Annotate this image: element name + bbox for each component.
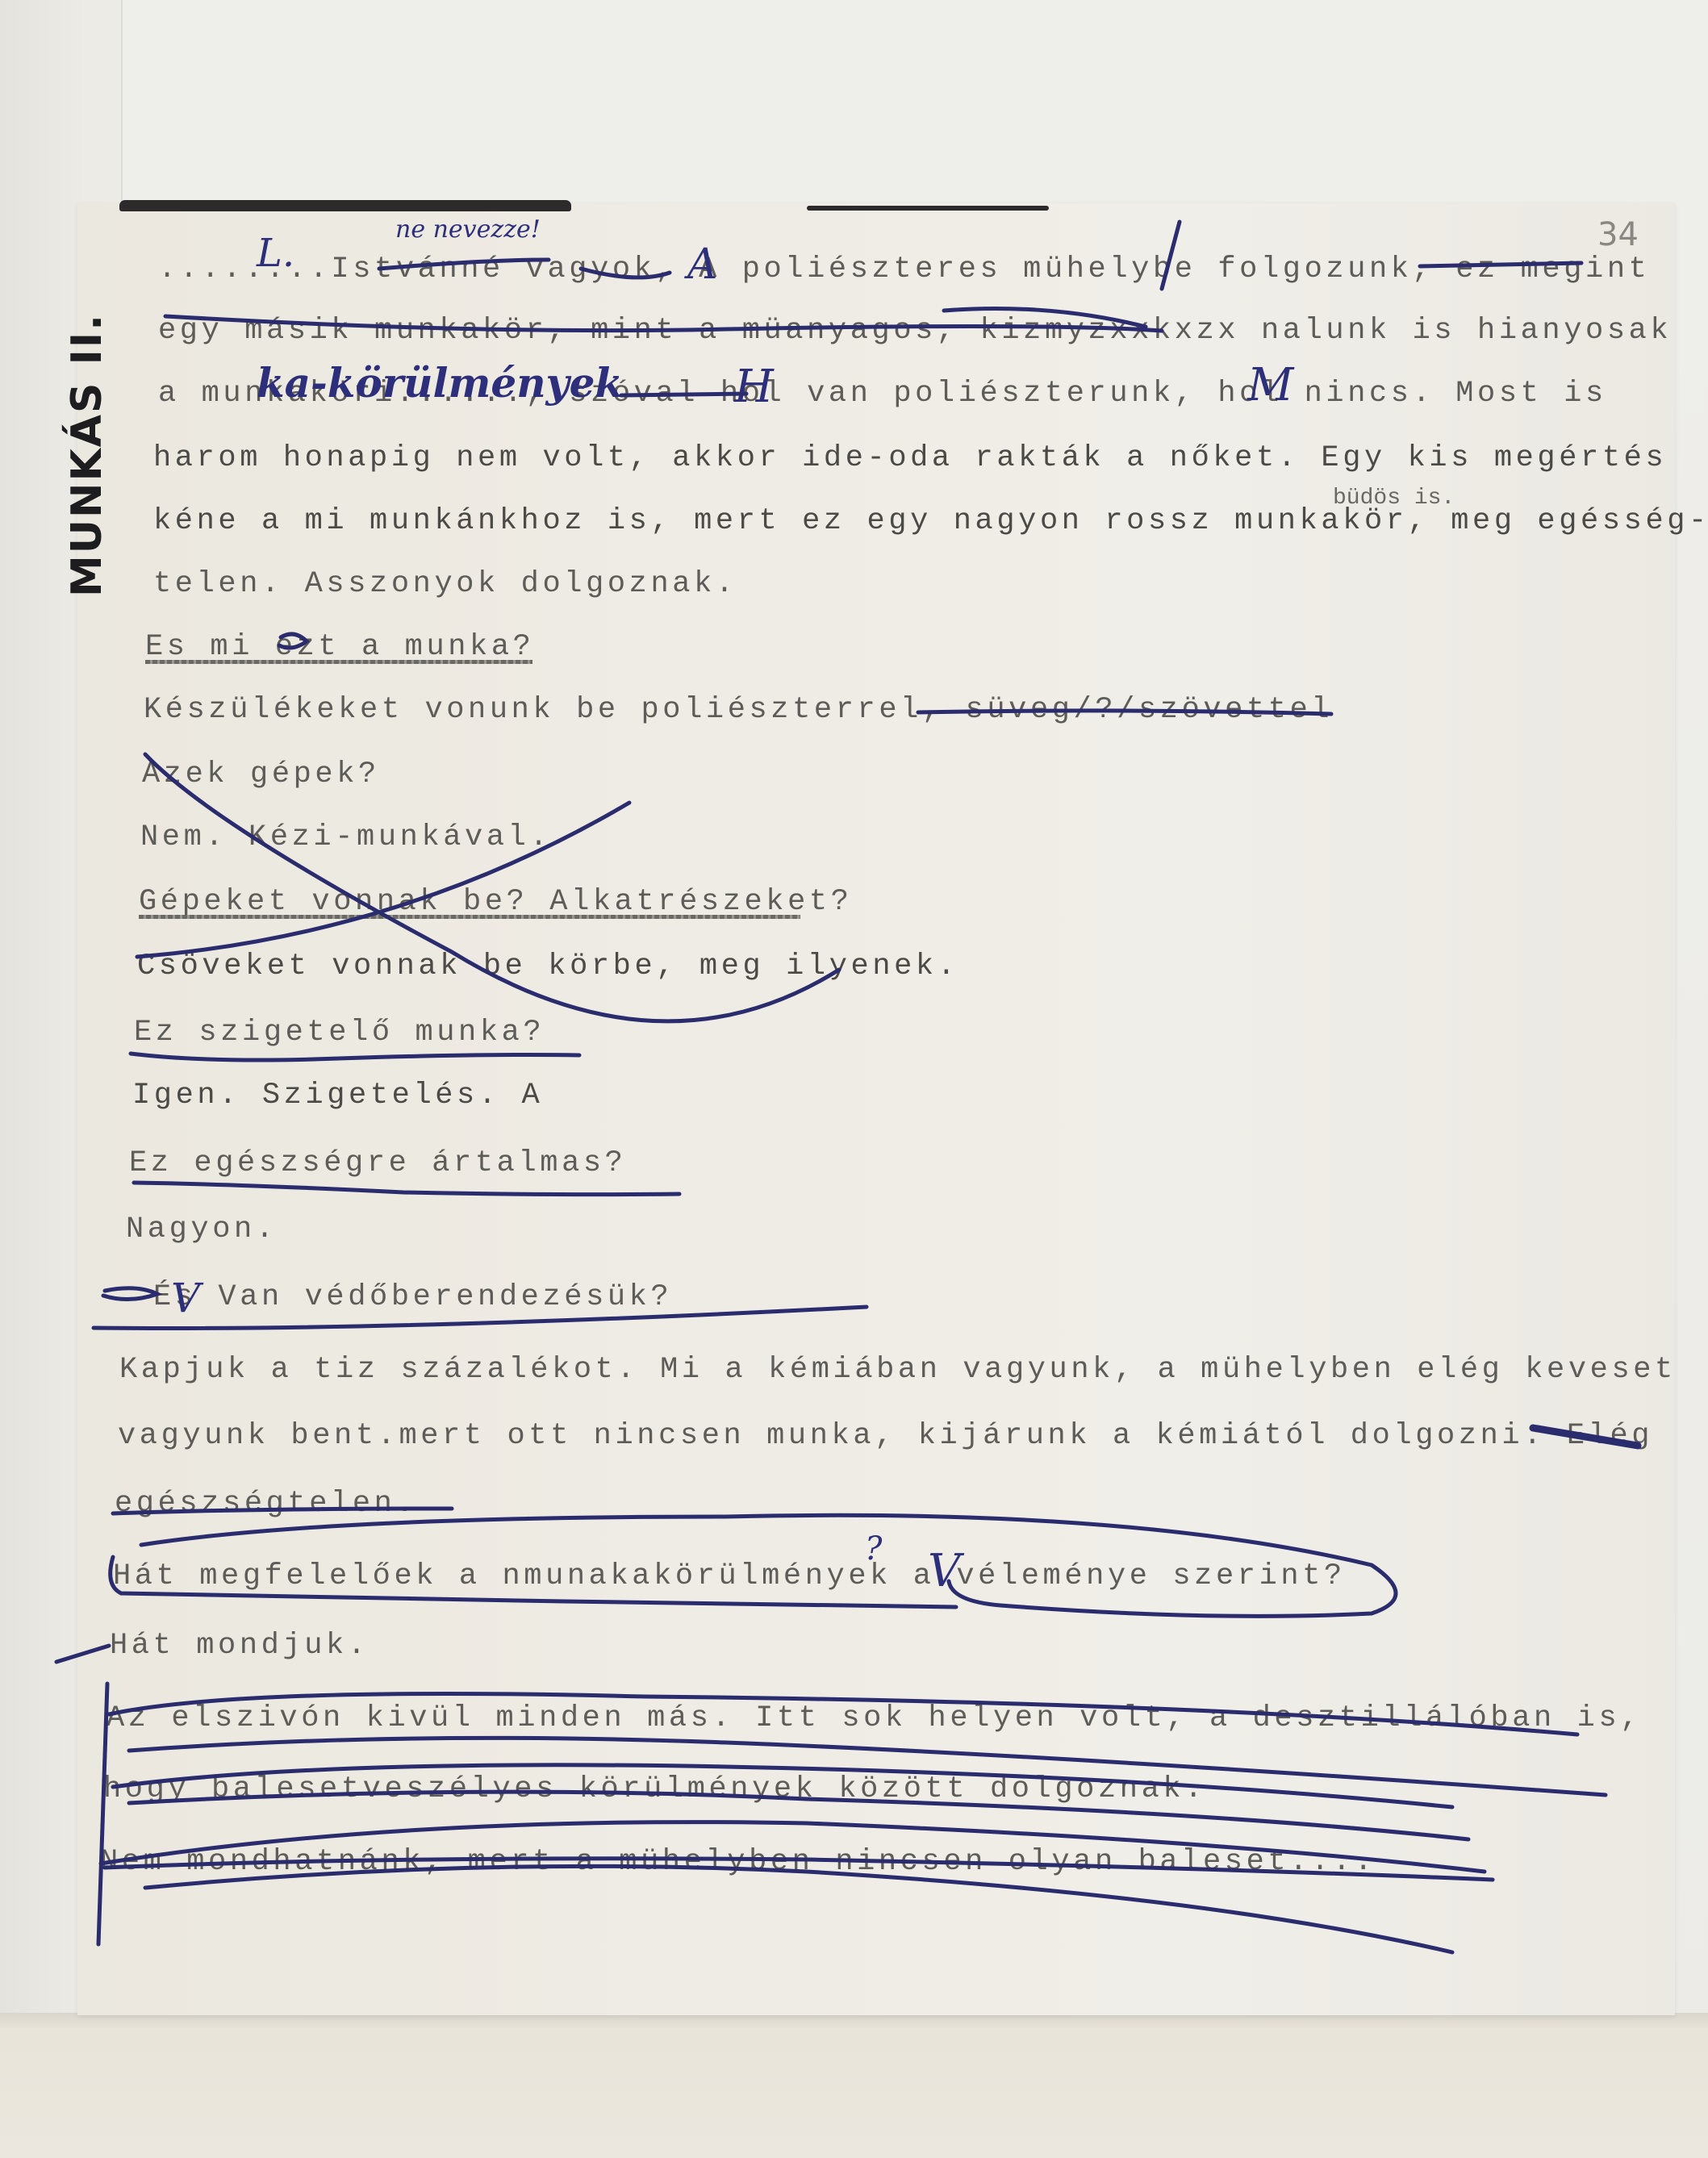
handwritten-h: H xyxy=(734,365,774,410)
handwritten-v-velemenye: V xyxy=(928,1549,960,1594)
handwritten-m: M xyxy=(1247,363,1293,408)
typed-line: Készülékeket vonunk be poliészterrel, sü… xyxy=(144,695,1333,725)
typed-line: kéne a mi munkánkhoz is, mert ez egy nag… xyxy=(153,507,1708,536)
redaction-bar-top-right xyxy=(807,206,1049,211)
handwritten-note-above-name: ne nevezze! xyxy=(395,218,541,242)
typed-line: Csöveket vonnak be körbe, meg ilyenek. xyxy=(137,952,959,982)
typed-underline xyxy=(139,915,800,919)
page-number: 34 xyxy=(1597,216,1639,253)
typed-question: Azek gépek? xyxy=(142,760,380,790)
typed-line: Nagyon. xyxy=(126,1215,278,1245)
typed-line: ........Istvánné vagyok, A poliészteres … xyxy=(158,255,1650,285)
redaction-bar-top xyxy=(119,200,571,211)
typed-line: Kapjuk a tiz százalékot. Mi a kémiában v… xyxy=(119,1355,1677,1385)
handwritten-question-mark: ? xyxy=(865,1533,882,1565)
typed-question: Ez szigetelő munka? xyxy=(134,1018,545,1048)
typed-line: Hát mondjuk. xyxy=(110,1631,370,1661)
typed-line: telen. Asszonyok dolgoznak. xyxy=(153,570,737,599)
handwritten-insertion: ka-körülmények xyxy=(257,363,623,403)
typed-line: Nem. Kézi-munkával. xyxy=(140,823,551,853)
typed-question: Hát megfelelőek a nmunakakörülmények a v… xyxy=(113,1562,1346,1592)
handwritten-initial: L. xyxy=(257,234,294,273)
typed-line: Igen. Szigetelés. A xyxy=(132,1081,543,1111)
typed-underline xyxy=(145,660,532,664)
typed-line: egy másik munkakör, mint a müanyagos, ki… xyxy=(158,316,1672,346)
handwritten-v: V xyxy=(171,1278,200,1318)
lower-sheet-edge xyxy=(0,2013,1708,2158)
handwritten-caret-a: A xyxy=(687,244,718,286)
typed-question: Es mi ezt a munka? xyxy=(145,632,534,662)
typed-line: egészségtelen. xyxy=(115,1489,417,1519)
typed-insert-budos: büdös is. xyxy=(1333,487,1455,510)
typed-line: Nem mondhatnánk, mert a mühelyben nincse… xyxy=(100,1847,1376,1877)
typed-question: És Van védőberendezésük? xyxy=(153,1283,672,1313)
typed-line: harom honapig nem volt, akkor ide-oda ra… xyxy=(153,444,1667,474)
margin-note-munkas: MUNKÁS II. xyxy=(63,313,111,597)
typed-line: hogy balesetveszélyes körülmények között… xyxy=(103,1775,1206,1805)
typed-line: Az elszivón kivül minden más. Itt sok he… xyxy=(106,1704,1642,1734)
typed-question: Gépeket vonnak be? Alkatrészeket? xyxy=(139,887,853,917)
typed-line: vagyunk bent.mert ott nincsen munka, kij… xyxy=(118,1421,1653,1451)
typed-question: Ez egészségre ártalmas? xyxy=(129,1149,626,1179)
